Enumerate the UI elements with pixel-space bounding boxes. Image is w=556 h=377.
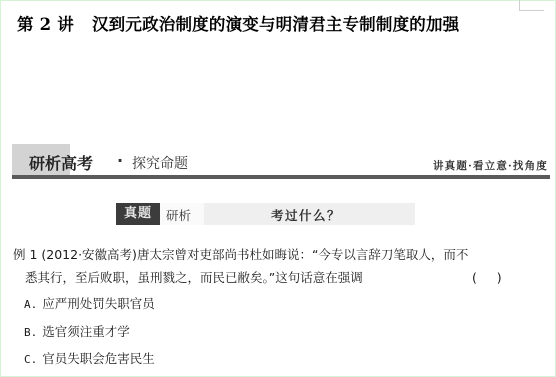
option-text: 应严刑处罚失职官员 xyxy=(42,296,155,311)
option-letter: B. xyxy=(24,326,37,339)
page-frame xyxy=(0,0,556,377)
subhead-left-text: 研析 xyxy=(166,206,191,224)
subhead-badge: 真题 xyxy=(116,203,160,225)
section-subtitle: 探究命题 xyxy=(132,153,188,173)
section-separator: · xyxy=(117,151,123,170)
section-title: 研析高考 xyxy=(29,151,93,174)
answer-blank: ( ) xyxy=(472,266,502,289)
option-letter: C. xyxy=(24,353,37,366)
option-text: 官员失职会危害民生 xyxy=(42,351,155,366)
lesson-title: 第 2 讲汉到元政治制度的演变与明清君主专制制度的加强 xyxy=(17,11,459,35)
section-motto: 讲真题·看立意·找角度 xyxy=(433,158,548,173)
option-c[interactable]: C.官员失职会危害民生 xyxy=(24,349,155,367)
section-header-rule xyxy=(12,175,550,179)
page-corner-mark xyxy=(519,0,544,11)
lesson-number: 第 2 讲 xyxy=(17,15,74,34)
question-line-2: 悉其行，至后败职，虽刑戮之，而民已敝矣。”这句话意在强调 ( ) xyxy=(13,266,468,289)
section-header: 研析高考 · 探究命题 讲真题·看立意·找角度 xyxy=(12,144,550,179)
question-line-2-text: 悉其行，至后败职，虽刑戮之，而民已敝矣。”这句话意在强调 xyxy=(25,270,363,285)
subhead-bar: 真题 研析 考过什么？ xyxy=(116,203,415,225)
option-b[interactable]: B.选官须注重才学 xyxy=(24,322,130,340)
lesson-title-text: 汉到元政治制度的演变与明清君主专制制度的加强 xyxy=(92,15,459,34)
option-text: 选官须注重才学 xyxy=(42,324,130,339)
question-example-1: 例 1 (2012·安徽高考)唐太宗曾对吏部尚书杜如晦说：“今专以言辞刀笔取人，… xyxy=(13,243,468,289)
question-line-1: 例 1 (2012·安徽高考)唐太宗曾对吏部尚书杜如晦说：“今专以言辞刀笔取人，… xyxy=(13,243,468,266)
option-a[interactable]: A.应严刑处罚失职官员 xyxy=(24,294,155,312)
subhead-right-text: 考过什么？ xyxy=(271,206,341,224)
option-letter: A. xyxy=(24,298,37,311)
